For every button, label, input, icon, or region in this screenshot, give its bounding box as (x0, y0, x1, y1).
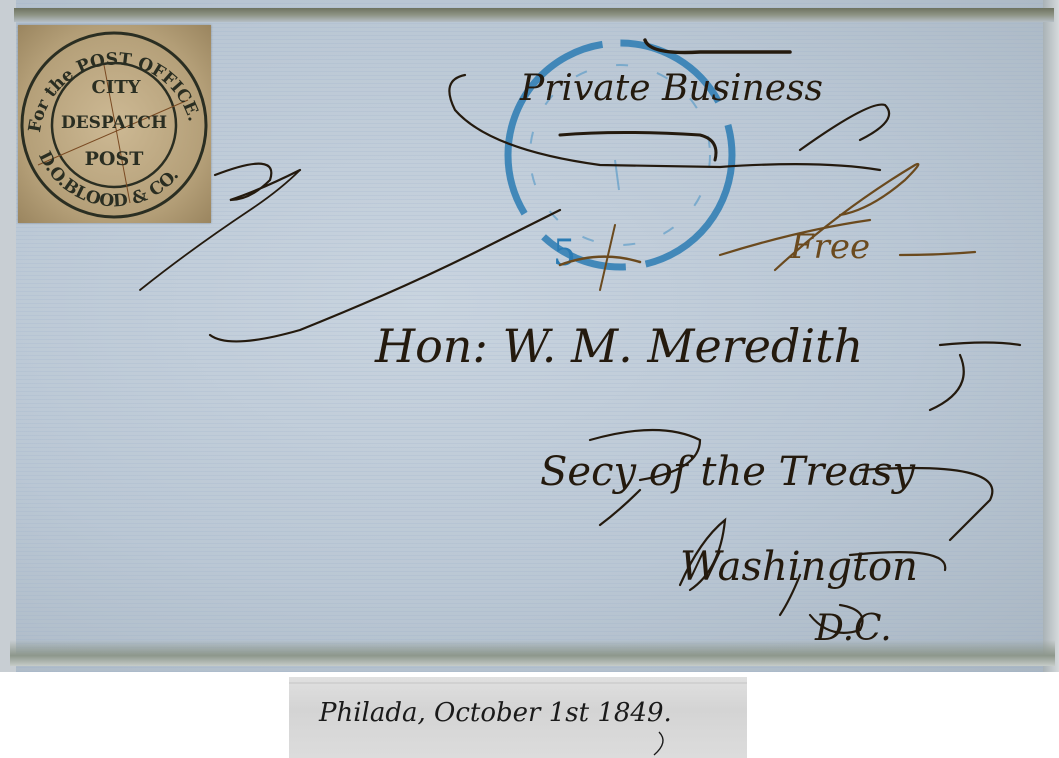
addressee-name: Hon: W. M. Meredith (374, 319, 863, 373)
addressee-state: D.C. (814, 608, 892, 649)
docket-date-text: Philada, October 1st 1849. (318, 698, 672, 728)
addressee-city: Washington (680, 544, 918, 590)
addressee-title: Secy of the Treasy (540, 449, 916, 495)
docket-strip: Philada, October 1st 1849. (289, 677, 747, 758)
handwriting-layer: Private Business Free Hon: W. M. Meredit… (0, 0, 1059, 672)
postal-cover: For the POST OFFICE. D.O.BLOOD & CO. CIT… (0, 0, 1059, 672)
free-frank: Free (789, 227, 870, 267)
endorsement-private-business: Private Business (519, 68, 823, 109)
